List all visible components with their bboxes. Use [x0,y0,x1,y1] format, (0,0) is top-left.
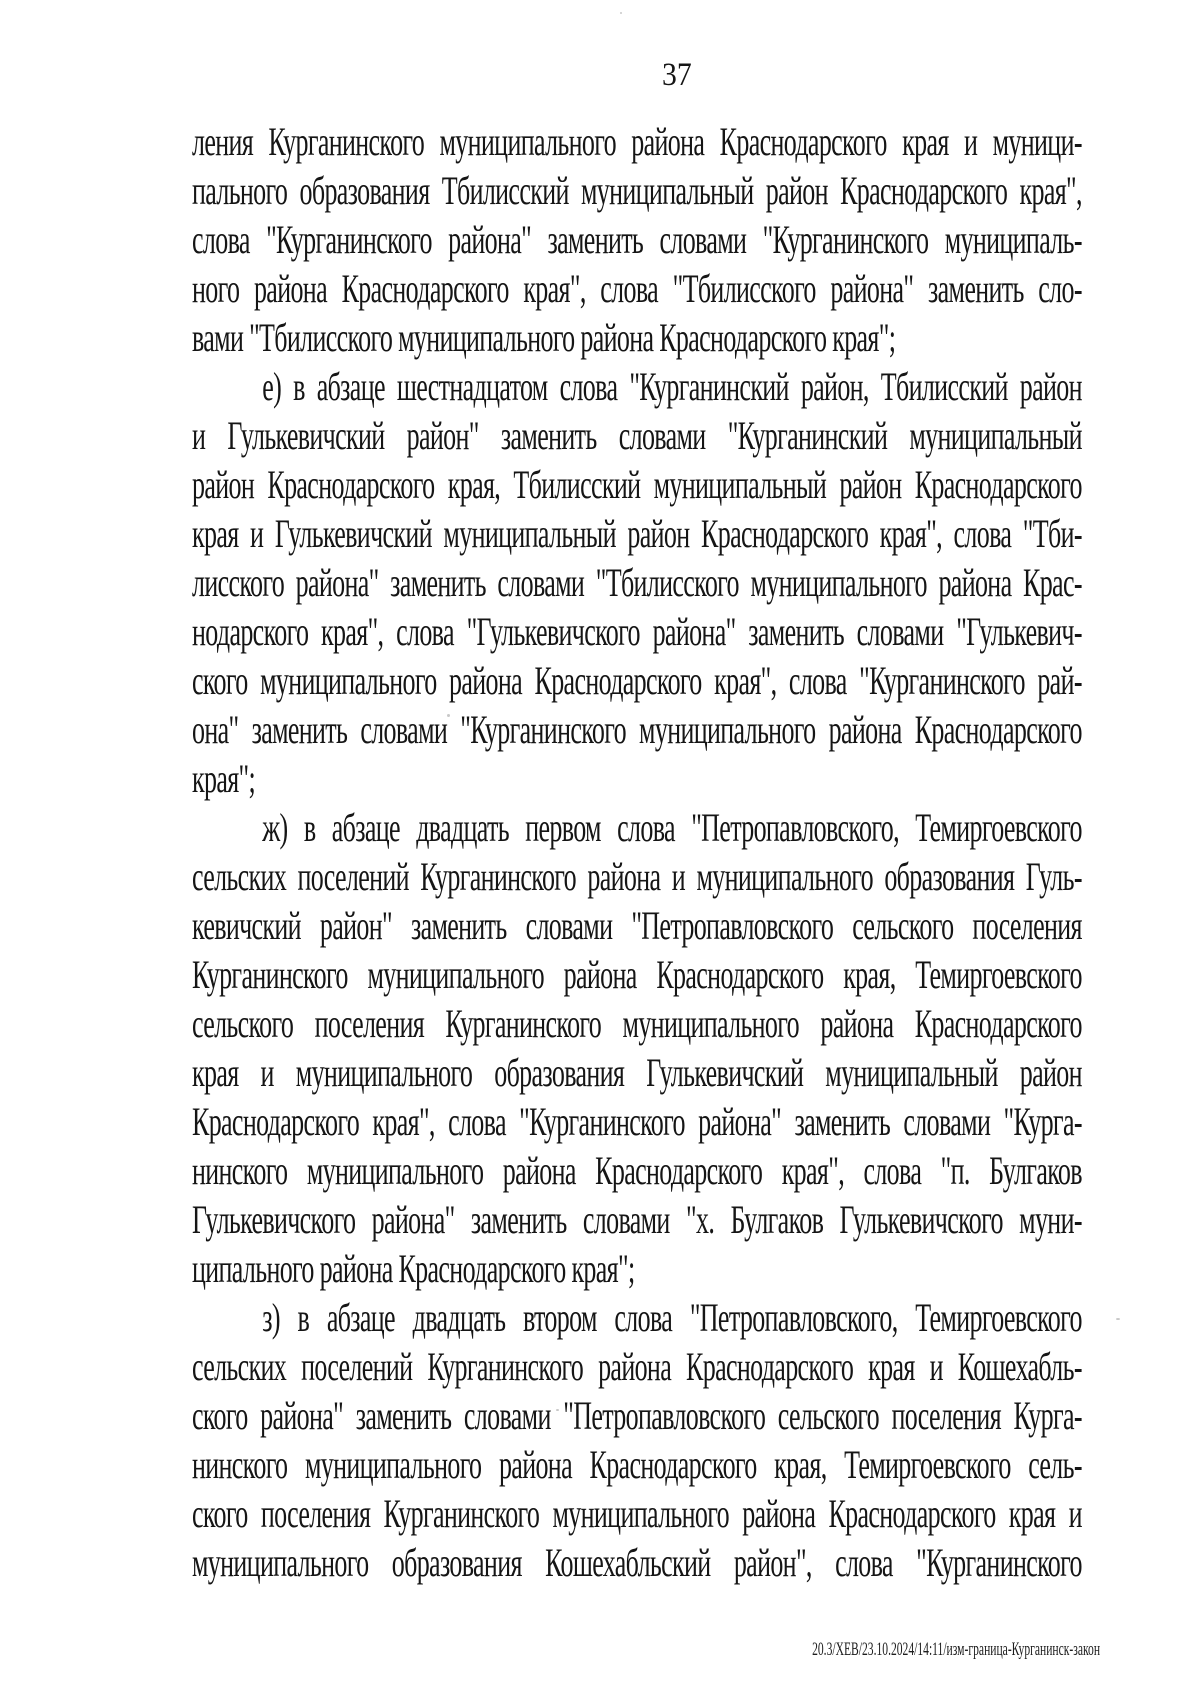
text-line: Гулькевичского района" заменить словами … [192,1195,1082,1244]
text-line: края и муниципального образования Гульке… [192,1048,1082,1097]
text-line: ского поселения Курганинского муниципаль… [192,1489,1082,1538]
scanned-document-page: 37 ления Курганинского муниципального ра… [0,0,1200,1697]
text-line: сельских поселений Курганинского района … [192,852,1082,901]
text-line: Краснодарского края", слова "Курганинско… [192,1097,1082,1146]
text-line: ципального района Краснодарского края"; [192,1244,1082,1293]
text-line: сельского поселения Курганинского муници… [192,999,1082,1048]
text-line: сельских поселений Курганинского района … [192,1342,1082,1391]
text-line: е) в абзаце шестнадцатом слова "Курганин… [192,362,1082,411]
text-line: муниципального образования Кошехабльский… [192,1538,1082,1587]
scan-speck [447,714,450,717]
scan-speck [620,12,622,14]
text-line: Курганинского муниципального района Крас… [192,950,1082,999]
text-line: и Гулькевичский район" заменить словами … [192,411,1082,460]
text-line: ления Курганинского муниципального район… [192,117,1082,166]
text-line: края"; [192,754,1082,803]
text-line: нинского муниципального района Краснодар… [192,1146,1082,1195]
text-line: кевичский район" заменить словами "Петро… [192,901,1082,950]
text-line: нинского муниципального района Краснодар… [192,1440,1082,1489]
text-line: ского района" заменить словами "Петропав… [192,1391,1082,1440]
text-line: края и Гулькевичский муниципальный район… [192,509,1082,558]
text-line: нодарского края", слова "Гулькевичского … [192,607,1082,656]
text-line: ского муниципального района Краснодарско… [192,656,1082,705]
text-line: слова "Курганинского района" заменить сл… [192,215,1082,264]
text-line: пального образования Тбилисский муниципа… [192,166,1082,215]
text-line: ж) в абзаце двадцать первом слова "Петро… [192,803,1082,852]
footer-reference: 20.3/ХЕВ/23.10.2024/14:11/изм-граница-Ку… [812,1639,1100,1661]
document-body: ления Курганинского муниципального район… [192,117,1082,1587]
scan-speck [1116,1318,1120,1320]
text-line: район Краснодарского края, Тбилисский му… [192,460,1082,509]
text-line: з) в абзаце двадцать втором слова "Петро… [192,1293,1082,1342]
page-number: 37 [662,59,692,92]
text-line: она" заменить словами "Курганинского мун… [192,705,1082,754]
scan-speck [556,1409,559,1411]
text-line: вами "Тбилисского муниципального района … [192,313,1082,362]
text-line: лисского района" заменить словами "Тбили… [192,558,1082,607]
text-line: ного района Краснодарского края", слова … [192,264,1082,313]
